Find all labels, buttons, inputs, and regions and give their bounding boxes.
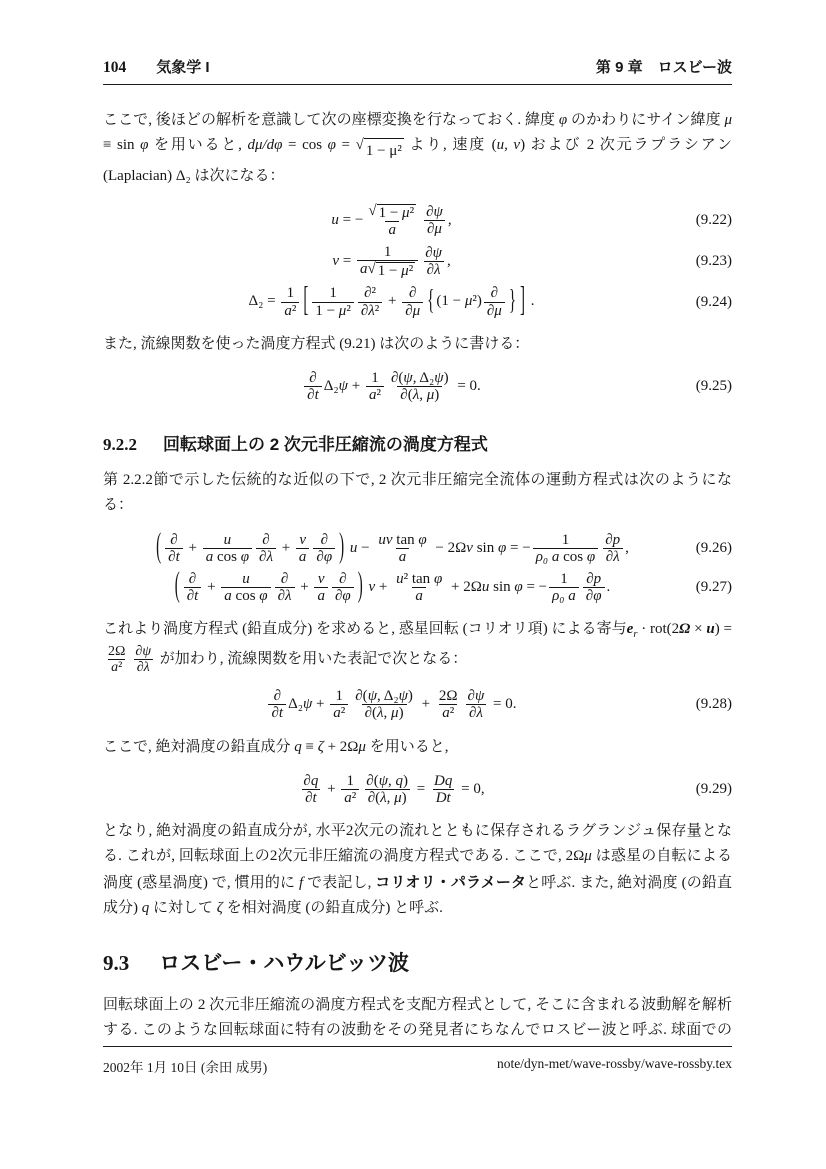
- math-italic: a: [388, 222, 396, 238]
- math-numerator: ∂ψ: [465, 688, 488, 704]
- math-numerator: ∂q: [300, 773, 321, 789]
- text-run: で表記し,: [303, 875, 375, 891]
- math-row: 1: [562, 532, 570, 548]
- section-heading: 9.3ロスビー・ハウルビッツ波: [103, 947, 732, 977]
- math-fraction: 1a√1 − μ²: [357, 244, 418, 279]
- math-text: cos: [232, 588, 260, 604]
- math-row: uv tan φ: [378, 532, 426, 548]
- math-numerator: Dq: [431, 773, 455, 789]
- math-row: ∂q: [303, 773, 318, 789]
- math-row: a²: [333, 705, 345, 721]
- math-italic: ψ: [403, 370, 412, 386]
- equation-math: Δ₂ = 1a²[11 − μ²∂²∂λ² + ∂∂μ{(1 − μ²)∂∂μ}…: [103, 285, 680, 318]
- math-fraction: uv tan φa: [375, 532, 429, 565]
- math-text: .: [527, 293, 535, 309]
- math-numerator: ∂: [259, 532, 272, 548]
- math-fraction: ∂∂μ: [484, 285, 505, 318]
- math-row: a: [399, 549, 407, 565]
- math-italic: φ: [241, 549, 249, 565]
- math-text: ): [399, 705, 404, 721]
- math-text: +: [418, 696, 434, 712]
- math-row: ∂²: [364, 285, 376, 301]
- math-row: ∂φ: [335, 588, 351, 604]
- inline-math: 2Ωa²∂ψ∂λ: [103, 651, 156, 667]
- math-numerator: 1: [381, 244, 395, 260]
- math-numerator: ∂(ψ, Δ₂ψ): [352, 688, 416, 704]
- math-delimiter: (: [156, 531, 161, 566]
- math-text: ∂: [170, 532, 177, 548]
- math-row: 2Ωa²∂ψ∂λ: [103, 651, 156, 667]
- equation-math: v = 1a√1 − μ²∂ψ∂λ,: [103, 244, 680, 279]
- paragraph: これより渦度方程式 (鉛直成分) を求めると, 惑星回転 (コリオリ項) による…: [103, 617, 732, 675]
- math-numerator: ∂: [306, 370, 319, 386]
- math-numerator: u² tan φ: [393, 571, 445, 587]
- math-denominator: ∂t: [304, 386, 322, 403]
- math-text: ∂: [278, 588, 285, 604]
- text-run: これより渦度方程式 (鉛直成分) を求めると, 惑星回転 (コリオリ項) による…: [103, 621, 627, 637]
- math-denominator: a: [396, 548, 410, 565]
- math-row: ∂t: [187, 588, 199, 604]
- equation-math: ∂q∂t + 1a²∂(ψ, q)∂(λ, μ) = DqDt = 0,: [103, 773, 680, 806]
- math-italic: ψ: [379, 773, 388, 789]
- math-numerator: 2Ω: [436, 688, 461, 704]
- math-row: a√1 − μ²: [360, 261, 415, 277]
- math-text: = 0,: [457, 781, 484, 797]
- math-text: ,: [387, 790, 395, 806]
- math-italic: φ: [324, 549, 332, 565]
- math-fraction: 1a²: [330, 688, 348, 721]
- math-denominator: ∂λ: [424, 261, 444, 278]
- math-denominator: a: [296, 548, 310, 565]
- math-text: ∂: [137, 660, 144, 675]
- math-italic: Dt: [436, 790, 451, 806]
- math-row: u: [224, 532, 232, 548]
- math-italic: φ: [418, 532, 426, 548]
- text-run: を用いると,: [366, 739, 449, 755]
- math-row: v: [318, 571, 325, 587]
- math-text: 2Ω: [108, 644, 125, 659]
- math-text: tan: [393, 532, 419, 548]
- course-title: 気象学 I: [156, 56, 209, 77]
- math-text: ∂: [281, 571, 288, 587]
- math-row: ∂: [339, 571, 346, 587]
- math-numerator: ∂ψ: [423, 204, 446, 220]
- math-italic: p: [613, 532, 621, 548]
- math-denominator: ∂φ: [313, 548, 335, 565]
- math-italic: λ: [266, 549, 273, 565]
- math-numerator: uv tan φ: [375, 532, 429, 548]
- math-text: 1 −: [315, 303, 338, 319]
- inline-sqrt-arg: 1 − μ²: [364, 138, 404, 164]
- math-row: a²: [284, 303, 296, 319]
- math-denominator: a√1 − μ²: [357, 260, 418, 279]
- math-italic: μ: [394, 790, 402, 806]
- math-row: u: [242, 571, 250, 587]
- math-numerator: ∂: [488, 285, 501, 301]
- math-text: ∂: [425, 245, 432, 261]
- chapter-title: 第 9 章 ロスビー波: [596, 56, 732, 77]
- math-text: ): [444, 370, 449, 386]
- math-text: = −: [339, 212, 363, 228]
- math-italic: a: [224, 588, 232, 604]
- math-text: ∂: [427, 262, 434, 278]
- text-run: · rot(2: [637, 621, 679, 637]
- math-text: ∂(: [368, 790, 380, 806]
- text-run: のかわりにサイン緯度: [567, 112, 724, 128]
- math-italic: φ: [434, 571, 442, 587]
- math-italic: a: [442, 705, 450, 721]
- text-run: = cos: [282, 137, 327, 153]
- math-text: ∂(: [391, 370, 403, 386]
- math-row: ∂∂tΔ₂ψ + 1a²∂(ψ, Δ₂ψ)∂(λ, μ) = 0.: [302, 378, 481, 394]
- math-text: ∂: [491, 285, 498, 301]
- math-numerator: ∂: [271, 688, 284, 704]
- math-numerator: ∂: [406, 285, 419, 301]
- math-text: 1: [329, 285, 337, 301]
- math-text: 2Ω: [439, 688, 458, 704]
- math-italic: φ: [342, 588, 350, 604]
- math-text: = −: [523, 579, 547, 595]
- italic-run: μ: [724, 112, 732, 128]
- math-italic: a: [317, 588, 325, 604]
- math-italic: ρ₀: [552, 588, 564, 604]
- math-text: ∂: [309, 370, 316, 386]
- math-italic: ψ: [142, 644, 151, 659]
- math-italic: v: [318, 571, 325, 587]
- math-row: Dq: [434, 773, 452, 789]
- math-denominator: ∂(λ, μ): [365, 789, 410, 806]
- math-row: a: [299, 549, 307, 565]
- text-run: ここで, 絶対渦度の鉛直成分: [103, 739, 294, 755]
- math-text: ): [408, 688, 413, 704]
- math-italic: λ: [434, 262, 441, 278]
- math-row: 1: [287, 285, 295, 301]
- paragraph: となり, 絶対渦度の鉛直成分が, 水平2次元の流れとともに保存されるラグランジュ…: [103, 819, 732, 921]
- math-row: ∂(ψ, q): [366, 773, 408, 789]
- math-italic: a: [568, 588, 576, 604]
- math-row: ρ₀ a: [552, 588, 576, 604]
- math-text: ²: [292, 303, 297, 319]
- math-numerator: ∂ψ: [132, 644, 154, 659]
- paragraph: ここで, 絶対渦度の鉛直成分 q ≡ ζ + 2Ωμ を用いると,: [103, 735, 732, 760]
- math-denominator: ∂t: [268, 704, 286, 721]
- math-numerator: √1 − μ²: [365, 203, 419, 221]
- equation-group: ∂q∂t + 1a²∂(ψ, q)∂(λ, μ) = DqDt = 0,(9.2…: [103, 770, 732, 809]
- math-row: ∂(λ, μ): [400, 387, 439, 403]
- math-row: ∂: [409, 285, 416, 301]
- math-text: ∂(: [400, 387, 412, 403]
- math-text: ²: [341, 705, 346, 721]
- math-fraction: ua cos φ: [203, 532, 252, 565]
- text-run: =: [336, 137, 356, 153]
- math-fraction: 1ρ₀ a: [549, 571, 579, 604]
- equation-number: (9.27): [680, 579, 732, 596]
- equation-number: (9.25): [680, 378, 732, 395]
- math-text: =: [339, 253, 355, 269]
- math-fraction: ∂∂t: [304, 370, 322, 403]
- math-row: 1 − μ²: [379, 205, 415, 221]
- math-row: ∂: [321, 532, 328, 548]
- italic-run: μ: [358, 739, 366, 755]
- math-italic: μ: [494, 303, 502, 319]
- math-row: ∂λ: [469, 705, 483, 721]
- math-delimiter: [: [303, 285, 308, 320]
- math-row: 1: [329, 285, 337, 301]
- math-numerator: 1: [326, 285, 340, 301]
- text-run: また, 流線関数を使った渦度方程式 (9.21) は次のように書ける：: [103, 336, 529, 352]
- math-numerator: ∂p: [602, 532, 623, 548]
- math-text: ∂: [307, 387, 314, 403]
- math-row: ∂p: [605, 532, 620, 548]
- equation: u = −√1 − μ²a∂ψ∂μ,(9.22): [103, 200, 732, 241]
- math-denominator: ∂λ²: [358, 302, 382, 319]
- math-italic: ψ: [368, 688, 377, 704]
- math-denominator: a²: [439, 704, 457, 721]
- math-fraction: 2Ωa²: [436, 688, 461, 721]
- math-row: v = 1a√1 − μ²∂ψ∂λ,: [332, 253, 450, 269]
- math-text: 1: [371, 370, 379, 386]
- math-fraction: ∂(ψ, Δ₂ψ)∂(λ, μ): [352, 688, 416, 721]
- math-delimiter: (: [175, 570, 180, 605]
- math-text: ∂: [274, 688, 281, 704]
- math-italic: a: [415, 588, 423, 604]
- math-text: 1: [347, 773, 355, 789]
- math-italic: λ: [476, 705, 483, 721]
- equation-group: u = −√1 − μ²a∂ψ∂μ,(9.22)v = 1a√1 − μ²∂ψ∂…: [103, 200, 732, 322]
- math-denominator: a²: [281, 302, 299, 319]
- text-run: を用いると,: [148, 137, 247, 153]
- math-row: 1: [371, 370, 379, 386]
- math-row: a: [317, 588, 325, 604]
- paragraph: ここで, 後ほどの解析を意識して次の座標変換を行なっておく. 緯度 φ のかわり…: [103, 108, 732, 190]
- math-numerator: ∂²: [361, 285, 379, 301]
- math-row: ∂ψ: [425, 245, 442, 261]
- math-text: 1: [287, 285, 295, 301]
- math-denominator: ∂φ: [332, 587, 354, 604]
- equation: ∂q∂t + 1a²∂(ψ, q)∂(λ, μ) = DqDt = 0,(9.2…: [103, 770, 732, 809]
- math-denominator: ∂λ: [603, 548, 623, 565]
- equation: (∂∂t + ua cos φ∂∂λ + va∂∂φ) u − uv tan φ…: [103, 529, 732, 568]
- math-text: ∂: [303, 773, 310, 789]
- math-row: 1: [347, 773, 355, 789]
- math-fraction: u² tan φa: [393, 571, 445, 604]
- math-row: a²: [111, 660, 122, 675]
- math-fraction: ∂∂φ: [313, 532, 335, 565]
- vector-run: Ω: [679, 621, 690, 637]
- math-italic: μ: [391, 705, 399, 721]
- math-denominator: a: [385, 221, 399, 238]
- math-text: ∂: [606, 549, 613, 565]
- math-numerator: v: [315, 571, 328, 587]
- math-text: +: [203, 579, 219, 595]
- math-denominator: ∂φ: [583, 587, 605, 604]
- math-denominator: ∂(λ, μ): [362, 704, 407, 721]
- math-fraction: ∂∂t: [268, 688, 286, 721]
- math-row: ∂: [491, 285, 498, 301]
- math-numerator: 1: [559, 532, 573, 548]
- document-body: ここで, 後ほどの解析を意識して次の座標変換を行なっておく. 緯度 φ のかわり…: [103, 99, 732, 1105]
- math-row: Dt: [436, 790, 451, 806]
- math-row: ∂q∂t + 1a²∂(ψ, q)∂(λ, μ) = DqDt = 0,: [298, 781, 484, 797]
- math-row: ∂λ: [259, 549, 273, 565]
- math-row: (∂∂t + ua cos φ∂∂λ + va∂∂φ) v + u² tan φ…: [173, 579, 611, 595]
- math-row: a²: [344, 790, 356, 806]
- math-italic: λ: [613, 549, 620, 565]
- radical-sign: √: [356, 138, 364, 153]
- math-text: ,: [384, 705, 392, 721]
- equation-number: (9.24): [680, 294, 732, 311]
- math-sqrt: √1 − μ²: [368, 204, 416, 221]
- math-italic: ψ: [434, 370, 443, 386]
- math-italic: uv: [378, 532, 392, 548]
- math-row: u² tan φ: [396, 571, 442, 587]
- math-text: 1: [384, 244, 392, 260]
- math-denominator: ρ₀ a cos φ: [533, 548, 598, 565]
- math-text: sin: [473, 540, 498, 556]
- math-text: cos: [213, 549, 241, 565]
- math-text: =: [413, 781, 429, 797]
- math-text: ∂(: [365, 705, 377, 721]
- math-row: v: [299, 532, 306, 548]
- text-run: に対して: [149, 900, 217, 916]
- math-text: ∂: [409, 285, 416, 301]
- text-run: ×: [690, 621, 706, 637]
- math-numerator: ∂ψ: [422, 245, 445, 261]
- math-text: 1 −: [379, 205, 402, 221]
- italic-run: q: [294, 739, 302, 755]
- math-denominator: ∂λ: [134, 659, 153, 675]
- math-denominator: a²: [366, 386, 384, 403]
- math-text: ²: [352, 790, 357, 806]
- math-denominator: a: [314, 587, 328, 604]
- math-text: = 0.: [489, 696, 516, 712]
- math-fraction: ∂p∂λ: [602, 532, 623, 565]
- math-row: a: [388, 222, 396, 238]
- math-text: +: [375, 579, 391, 595]
- inline-sqrt: √1 − μ²: [356, 138, 404, 164]
- math-italic: v: [332, 253, 339, 269]
- math-numerator: ∂(ψ, q): [363, 773, 411, 789]
- math-numerator: 1: [333, 688, 347, 704]
- math-text: ∂(: [355, 688, 367, 704]
- math-fraction: ∂(ψ, Δ₂ψ)∂(λ, μ): [388, 370, 452, 403]
- math-text: ∂(: [366, 773, 378, 789]
- page-footer: 2002年 1月 10日 (余田 成男) note/dyn-met/wave-r…: [103, 1046, 732, 1169]
- header-left: 104 気象学 I: [103, 56, 210, 77]
- math-text: ∂: [271, 705, 278, 721]
- math-row: ∂λ: [606, 549, 620, 565]
- math-delimiter: ): [339, 531, 344, 566]
- math-numerator: 1: [557, 571, 571, 587]
- math-row: ∂μ: [427, 221, 442, 237]
- math-italic: μ: [402, 205, 410, 221]
- math-numerator: 2Ω: [105, 644, 128, 659]
- math-fraction: √1 − μ²a: [365, 203, 419, 238]
- math-italic: λ: [285, 588, 292, 604]
- math-fraction: ∂(ψ, q)∂(λ, μ): [363, 773, 411, 806]
- math-text: ∂: [168, 549, 175, 565]
- math-fraction: ∂∂λ: [256, 532, 276, 565]
- math-row: 2Ω: [108, 644, 125, 659]
- section-heading: 9.2.2回転球面上の 2 次元非圧縮流の渦度方程式: [103, 430, 732, 455]
- math-numerator: v: [296, 532, 309, 548]
- paragraph: また, 流線関数を使った渦度方程式 (9.21) は次のように書ける：: [103, 332, 732, 357]
- math-row: ∂(λ, μ): [368, 790, 407, 806]
- math-text: Δ₂: [288, 696, 303, 712]
- bold-run: コリオリ・パラメータ: [375, 874, 526, 891]
- math-numerator: 1: [368, 370, 382, 386]
- math-text: ∂: [605, 532, 612, 548]
- equation-number: (9.29): [680, 781, 732, 798]
- math-text: Δ₂: [324, 378, 339, 394]
- math-fraction: ∂∂μ: [402, 285, 423, 318]
- math-text: ∂: [262, 532, 269, 548]
- math-italic: Dq: [434, 773, 452, 789]
- math-text: 1: [336, 688, 344, 704]
- math-numerator: ∂: [167, 532, 180, 548]
- math-italic: ψ: [339, 378, 348, 394]
- italic-run: φ: [328, 137, 336, 153]
- math-text: +: [323, 781, 339, 797]
- math-text: ²: [410, 205, 415, 221]
- math-text: ): [402, 790, 407, 806]
- equation-group: (∂∂t + ua cos φ∂∂λ + va∂∂φ) u − uv tan φ…: [103, 529, 732, 608]
- math-row: ∂: [281, 571, 288, 587]
- italic-run: dμ/dφ: [247, 137, 282, 153]
- math-italic: a: [284, 303, 292, 319]
- math-fraction: ∂q∂t: [300, 773, 321, 806]
- math-text: 1: [562, 532, 570, 548]
- math-row: ∂p: [586, 571, 601, 587]
- header-row: 104 気象学 I 第 9 章 ロスビー波: [103, 56, 732, 85]
- math-text: +: [312, 696, 328, 712]
- math-row: (∂∂t + ua cos φ∂∂λ + va∂∂φ) u − uv tan φ…: [154, 540, 629, 556]
- math-fraction: ua cos φ: [221, 571, 270, 604]
- text-run: ) =: [715, 621, 732, 637]
- math-text: ²): [472, 293, 482, 309]
- math-row: ∂: [189, 571, 196, 587]
- math-italic: a: [399, 549, 407, 565]
- math-italic: φ: [514, 579, 522, 595]
- math-row: ∂λ: [137, 660, 150, 675]
- math-row: 1 − μ²: [315, 303, 351, 319]
- math-denominator: a²: [341, 789, 359, 806]
- footer-source-path: note/dyn-met/wave-rossby/wave-rossby.tex: [497, 1056, 732, 1072]
- math-numerator: ∂: [336, 571, 349, 587]
- math-italic: u: [242, 571, 250, 587]
- math-text: ∂: [586, 571, 593, 587]
- equation-math: (∂∂t + ua cos φ∂∂λ + va∂∂φ) v + u² tan φ…: [103, 571, 680, 604]
- math-row: a²: [369, 387, 381, 403]
- math-denominator: ∂t: [184, 587, 202, 604]
- math-denominator: a cos φ: [203, 548, 252, 565]
- math-fraction: ∂∂λ: [275, 571, 295, 604]
- math-text: ,: [447, 253, 451, 269]
- math-sqrt-arg: 1 − μ²: [376, 262, 416, 279]
- math-denominator: a cos φ: [221, 587, 270, 604]
- equation: ∂∂tΔ₂ψ + 1a²∂(ψ, Δ₂ψ)∂(λ, μ) = 0.(9.25): [103, 367, 732, 406]
- math-text: ∂: [339, 571, 346, 587]
- math-italic: t: [176, 549, 180, 565]
- math-numerator: u: [221, 532, 235, 548]
- math-text: ²: [118, 660, 122, 675]
- math-italic: a: [299, 549, 307, 565]
- equation: (∂∂t + ua cos φ∂∂λ + va∂∂φ) v + u² tan φ…: [103, 568, 732, 607]
- math-text: Δ₂ =: [248, 293, 279, 309]
- math-row: ρ₀ a cos φ: [536, 549, 595, 565]
- equation-math: u = −√1 − μ²a∂ψ∂μ,: [103, 203, 680, 238]
- math-row: 1: [336, 688, 344, 704]
